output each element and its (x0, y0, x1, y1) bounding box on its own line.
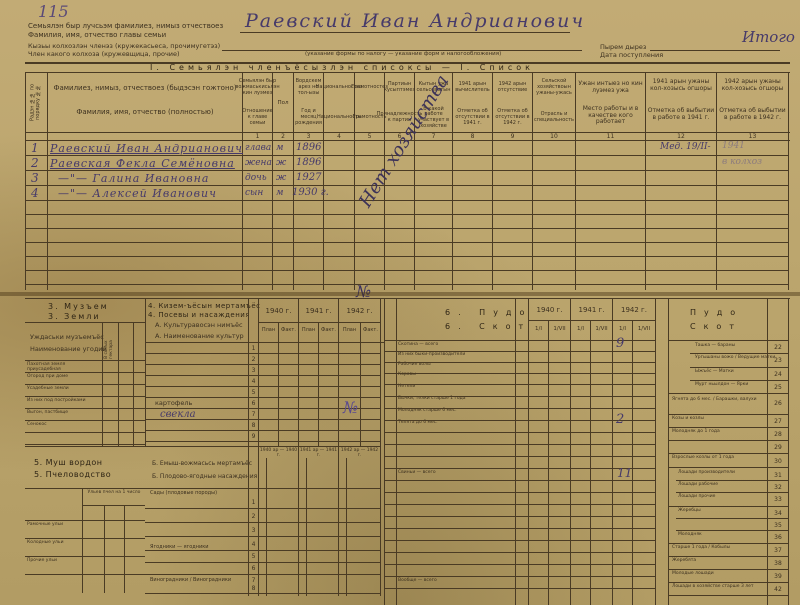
col-header-4-ru: Национальность (324, 104, 354, 132)
col-header-9-udm: 1942 арын отсутствие (493, 74, 532, 102)
member-relation: дочь (245, 173, 267, 183)
member-col12: Мед. 19/II- (660, 142, 711, 152)
livestock-row-31: Лошади производители (678, 470, 735, 475)
livestock-row-24: Ыжъёс — Матки (695, 369, 734, 374)
col-header-4-udm: Национальностез (324, 74, 354, 102)
sectionB-title-ru: Б. Плодово-ягодные насаждения (152, 474, 257, 481)
col-header-no: Радэн №№ по порядку №№ (26, 74, 46, 130)
orchard-year-1940: 1940 ар — 1940 г. (259, 448, 298, 458)
livestock-row-37: Старше 1 года / Кобылы (672, 545, 730, 550)
head-label-ru: Фамилия, имя, отчество главы семьи (28, 31, 166, 39)
livestock-year-1941: 1941 г. (571, 303, 612, 317)
col-header-11-udm: Ужан интыез но кин луэмез ужа (576, 78, 645, 98)
member-relation: глава (245, 143, 271, 153)
section3-col-ru: Наименование угодий (30, 346, 107, 353)
page-fold (0, 292, 800, 296)
col-header-12-udm: 1941 арын ужаны кол-хозысь огшоры (646, 74, 716, 98)
land-row-5: Выгон, пастбище (27, 410, 97, 415)
member-sex: м (276, 143, 283, 153)
section6-title-ru: 6. Скот (445, 322, 531, 331)
livestock-row-30: Взрослые козлы от 1 года (672, 455, 734, 460)
section4-title-udm: 4. Кизем-ъёсын мертамъёс (148, 302, 260, 310)
livestock-row-23: Ургышаны вожо / Ведущие матки (695, 355, 775, 360)
orchard-row-8: Виноградники / Виноградники (150, 578, 231, 584)
section4-sub-udm: А. Культуравосэн нимъёс (155, 322, 243, 329)
bee-row-2: Колодные ульи (27, 540, 64, 545)
sectionB-title-udm: Б. Емыш-вожмасьсь мертамъёс (152, 461, 252, 468)
livestock-value-1942-row7: 2 (616, 412, 624, 427)
bee-row-1: Рамочные ульи (27, 522, 63, 527)
section3-col-hint: В сотых гектара (104, 325, 114, 359)
land-row-4: Из них под постройками (27, 398, 97, 403)
member-col13: 1941 (722, 141, 745, 151)
member-birth-year: 1927 (296, 172, 321, 183)
member-sex: ж (276, 173, 286, 183)
livestock-row-12: Свиньи — всего (398, 470, 436, 475)
col-header-2: Пол (273, 74, 293, 132)
col-header-9-ru: Отметка об отсутствии в 1942 г. (493, 104, 532, 132)
col-header-13-ru: Отметка об выбытии в работе в 1942 г. (717, 100, 788, 130)
col-header-8-udm: 1941 арын вычислитель (453, 74, 492, 102)
member-name: Раевский Иван Андрианович (50, 142, 243, 155)
member-sex: м (276, 188, 283, 198)
member-birth-year: 1930 г. (292, 187, 329, 198)
section3-col-udm: Уждаськи музъемъёс (30, 334, 104, 341)
ink-mark-1942: № (343, 398, 358, 417)
bee-row-3: Прочие ульи (27, 558, 57, 563)
livestock-row-39: Молодые лошади (672, 571, 714, 576)
page-number: 115 (38, 2, 69, 21)
member-relation: жена (245, 158, 272, 168)
livestock-row-2: Из них быки-производители (398, 352, 513, 357)
col-header-1-ru: Отношение к главе семьи (243, 104, 272, 132)
orchard-row-1: Сады (плодовые породы) (150, 491, 217, 497)
livestock-row-25: Мурт ньылдон — Ярки (695, 382, 748, 387)
section6-title-udm: 6. Пудо (445, 308, 532, 317)
member-name: —"— Галина Ивановна (58, 172, 209, 185)
member-col13: в колхоз (722, 157, 762, 167)
section5-title-udm: 5. Муш вордон (34, 458, 103, 467)
section4-sub-ru: А. Наименование культур (155, 333, 244, 340)
sown-year-1940: 1940 г. (259, 304, 298, 318)
land-row-1: Пахотная земля приусадебная (27, 362, 97, 372)
document-page: 115 Семьялэн быр лучсьэм фамилиез, нимыз… (0, 0, 800, 605)
col-header-name-ru: Фамилия, имя, отчество (полностью) (48, 104, 242, 120)
head-label-udm: Семьялэн быр лучсьэм фамилиез, нимыз отч… (28, 22, 223, 30)
livestock-row-21: Вообще — всего (398, 578, 437, 583)
sown-year-1942: 1942 г. (339, 304, 380, 318)
section6b-title-udm: Пудо (690, 308, 743, 317)
annotation-itogo: Итого (742, 28, 795, 46)
section5-col-label: Ульев пчел на 1 число (86, 490, 142, 495)
section4-title-ru: 4. Посевы и насаждения (148, 311, 250, 319)
col-header-13-udm: 1942 арын ужаны кол-хозысь огшоры (717, 74, 788, 98)
livestock-row-32: Лошади рабочие (678, 482, 718, 487)
col-header-8-ru: Отметка об отсутствии в 1941 г. (453, 104, 492, 132)
sown-year-1941: 1941 г. (299, 304, 338, 318)
land-row-3: Усадебные земли (27, 386, 97, 391)
land-row-2: Огород при доме (27, 374, 97, 379)
col-header-10-ru: Отрасль и специальность (533, 104, 575, 132)
col-header-5-udm: Грамотностез (355, 74, 384, 102)
member-name: Раевская Фекла Семёновна (50, 157, 235, 170)
livestock-year-1940: 1940 г. (529, 303, 570, 317)
livestock-row-27: Козы и козлы (672, 416, 704, 421)
col-header-6-udm: Партиын кусыптэмез (385, 74, 414, 102)
livestock-row-22: Ташка — бараны (695, 343, 735, 348)
member-relation: сын (245, 188, 263, 198)
head-name: Раевский Иван Андрианович (245, 10, 585, 32)
arrival-label-ru: Дата поступления (600, 52, 663, 59)
livestock-row-34: Жеребцы (678, 508, 701, 513)
livestock-row-33: Лошади прочие (678, 494, 715, 499)
orchard-year-1942: 1942 ар — 1942 г. (339, 448, 380, 458)
section3-title-ru: 3. Земли (48, 312, 101, 321)
member-birth-year: 1896 (296, 157, 321, 168)
kolkhoz-label-ru: Член какого колхоза (кружевщица, прочие) (28, 51, 180, 58)
section3-title-udm: 3. Музъем (48, 302, 109, 311)
livestock-row-42: Лошади в хозяйстве старше 3 лет (672, 584, 754, 589)
livestock-year-1942: 1942 г. (613, 303, 655, 317)
livestock-row-1: Скотина — всего (398, 342, 513, 347)
section6b-title-ru: Скот (690, 322, 742, 331)
section1-title: I. Семьялэн членъёсызлэн списоксы — I. С… (150, 63, 534, 72)
form-hint: (указание формы по налогу — указание фор… (305, 51, 501, 57)
livestock-value-1942-row1: 9 (616, 336, 624, 351)
col-header-12-ru: Отметка об выбытии в работе в 1941 г. (646, 100, 716, 130)
col-header-1-udm: Семьялэн быр вожмаськисьлэн кин луэмез (243, 74, 272, 102)
col-header-name-udm: Фамилиез, нимыз, отчествоез (быдэсэн гож… (48, 80, 242, 96)
member-birth-year: 1896 (296, 142, 321, 153)
member-sex: ж (276, 158, 286, 168)
livestock-row-26: Ягнята до 6 мес. / Барашки, валухи (672, 397, 767, 402)
livestock-row-38: Жеребята (672, 558, 696, 563)
col-header-11-ru: Место работы и в качестве кого работает (576, 104, 645, 128)
section5-title-ru: 5. Пчеловодство (34, 470, 111, 479)
col-header-10-udm: Сельской хозяйствоын ужаны-ужась (533, 74, 575, 102)
livestock-row-28: Молодняк до 1 года (672, 429, 720, 434)
member-name: —"— Алексей Иванович (58, 187, 217, 200)
livestock-value-1942-bottom: 11 (617, 466, 632, 480)
orchard-year-1941: 1941 ар — 1941 г. (299, 448, 338, 458)
crop-beet-handwritten: свекла (160, 409, 196, 420)
livestock-row-36: Молодняк (678, 532, 702, 537)
land-row-6: Сенокос (27, 422, 97, 427)
crop-potato: картофель (155, 400, 192, 407)
orchard-row-5: Ягодники — ягодники (150, 545, 209, 551)
